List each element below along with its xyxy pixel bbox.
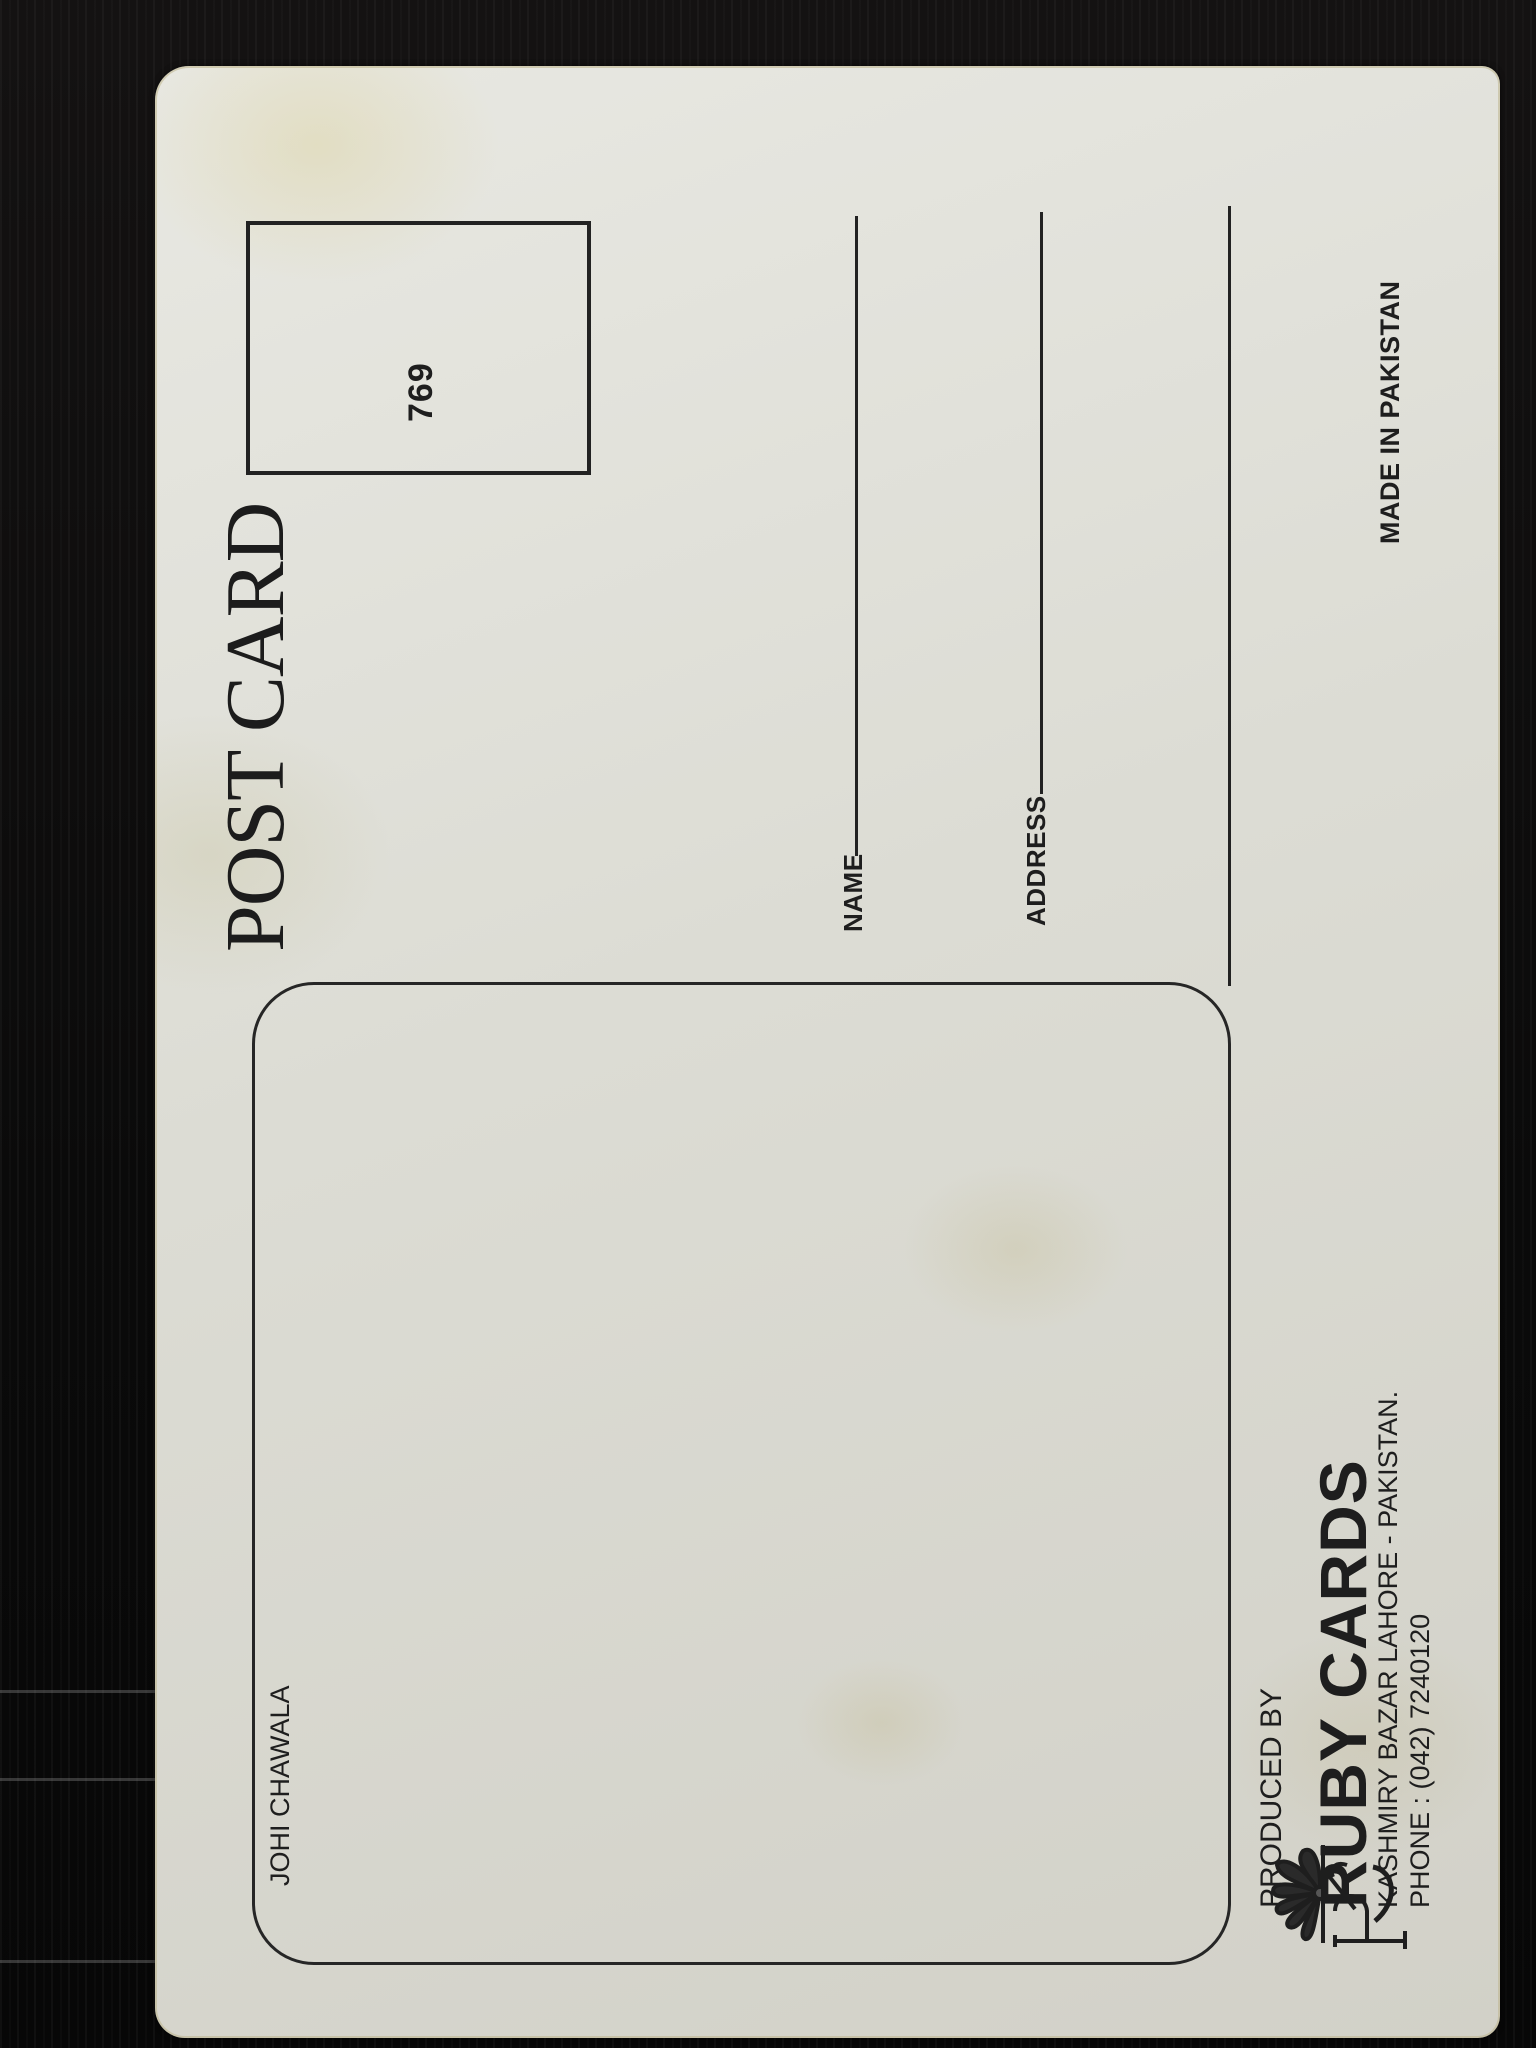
- rc-monogram-flower-logo-icon: [1265, 1831, 1415, 1961]
- address-field-label: ADDRESS: [1021, 795, 1052, 926]
- address-field-line: [1040, 212, 1043, 794]
- stamp-box: [246, 221, 591, 475]
- background-ledge: [0, 1690, 165, 1693]
- name-field-line: [855, 216, 858, 856]
- made-in-pakistan-label: MADE IN PAKISTAN: [1375, 281, 1406, 545]
- stamp-number: 769: [402, 362, 441, 422]
- message-area-box: [252, 982, 1231, 1965]
- name-field-label: NAME: [838, 853, 869, 932]
- address-line-2: [1228, 206, 1231, 986]
- caption-name: JOHI CHAWALA: [265, 1685, 296, 1886]
- background-ledge: [0, 1960, 165, 1963]
- post-card-title: POST CARD: [207, 503, 304, 952]
- postcard: 769 POST CARD NAME ADDRESS MADE IN PAKIS…: [155, 66, 1500, 2038]
- background-ledge: [0, 1778, 165, 1781]
